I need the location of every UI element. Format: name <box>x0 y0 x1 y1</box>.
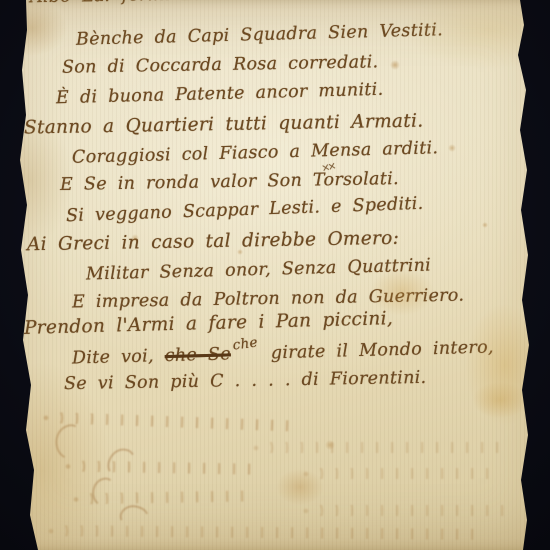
manuscript-page: Albo La: fermi La: Con . . Bènche da Cap… <box>0 0 550 550</box>
photo-backdrop: Albo La: fermi La: Con . . Bènche da Cap… <box>0 0 550 550</box>
poem-line: Dite voi, che Seche girate il Mondo inte… <box>72 339 494 368</box>
ink-bleedthrough-mark <box>105 445 138 481</box>
poem-line: E Se in ronda valor Son Torsolati. ×× <box>60 171 399 194</box>
poem-line: Ai Greci in caso tal direbbe Omero: <box>27 230 399 255</box>
ink-bleedthrough-mark <box>50 421 90 463</box>
ink-bleedthrough-mark <box>300 468 490 479</box>
struck-text: che Se <box>164 344 231 366</box>
poem-line: Stanno a Quartieri tutti quanti Armati. <box>24 113 424 138</box>
inserted-text: che <box>232 336 259 353</box>
poem-line: Bènche da Capi Squadra Sien Vestiti. <box>76 22 443 49</box>
ink-bleedthrough-mark <box>45 525 485 540</box>
ink-bleedthrough-mark <box>70 490 250 504</box>
poem-line: Coraggiosi col Fiasco a Mensa arditi. <box>72 140 439 167</box>
poem-line: Militar Senza onor, Senza Quattrini <box>86 257 431 284</box>
poem-line: Se vi Son più C . . . . di Fiorentini. <box>64 370 427 394</box>
poem-line: Albo La: fermi La: Con . . <box>30 0 291 7</box>
ink-bleedthrough-mark <box>40 412 290 432</box>
poem-line: E impresa da Poltron non da Guerriero. <box>72 288 465 312</box>
poem-line: Si veggano Scappar Lesti. e Spediti. <box>66 196 424 226</box>
poem-line: È di buona Patente ancor muniti. <box>56 82 384 108</box>
ink-bleedthrough-mark <box>300 505 510 516</box>
ink-bleedthrough-mark <box>250 442 510 453</box>
poem-line: Son di Coccarda Rosa corredati. <box>62 54 379 77</box>
poem-line-text: E Se in ronda valor Son Torsolati. <box>60 169 399 195</box>
poem-line: Prendon l'Armi a fare i Pan piccini, <box>24 310 393 338</box>
ink-bleedthrough-mark <box>116 500 152 534</box>
ink-bleedthrough-mark <box>62 460 252 474</box>
poem-line-text: Dite voi, <box>72 346 165 368</box>
poem-line-text: girate il Mondo intero, <box>260 337 494 363</box>
ink-bleedthrough-mark <box>90 476 118 508</box>
